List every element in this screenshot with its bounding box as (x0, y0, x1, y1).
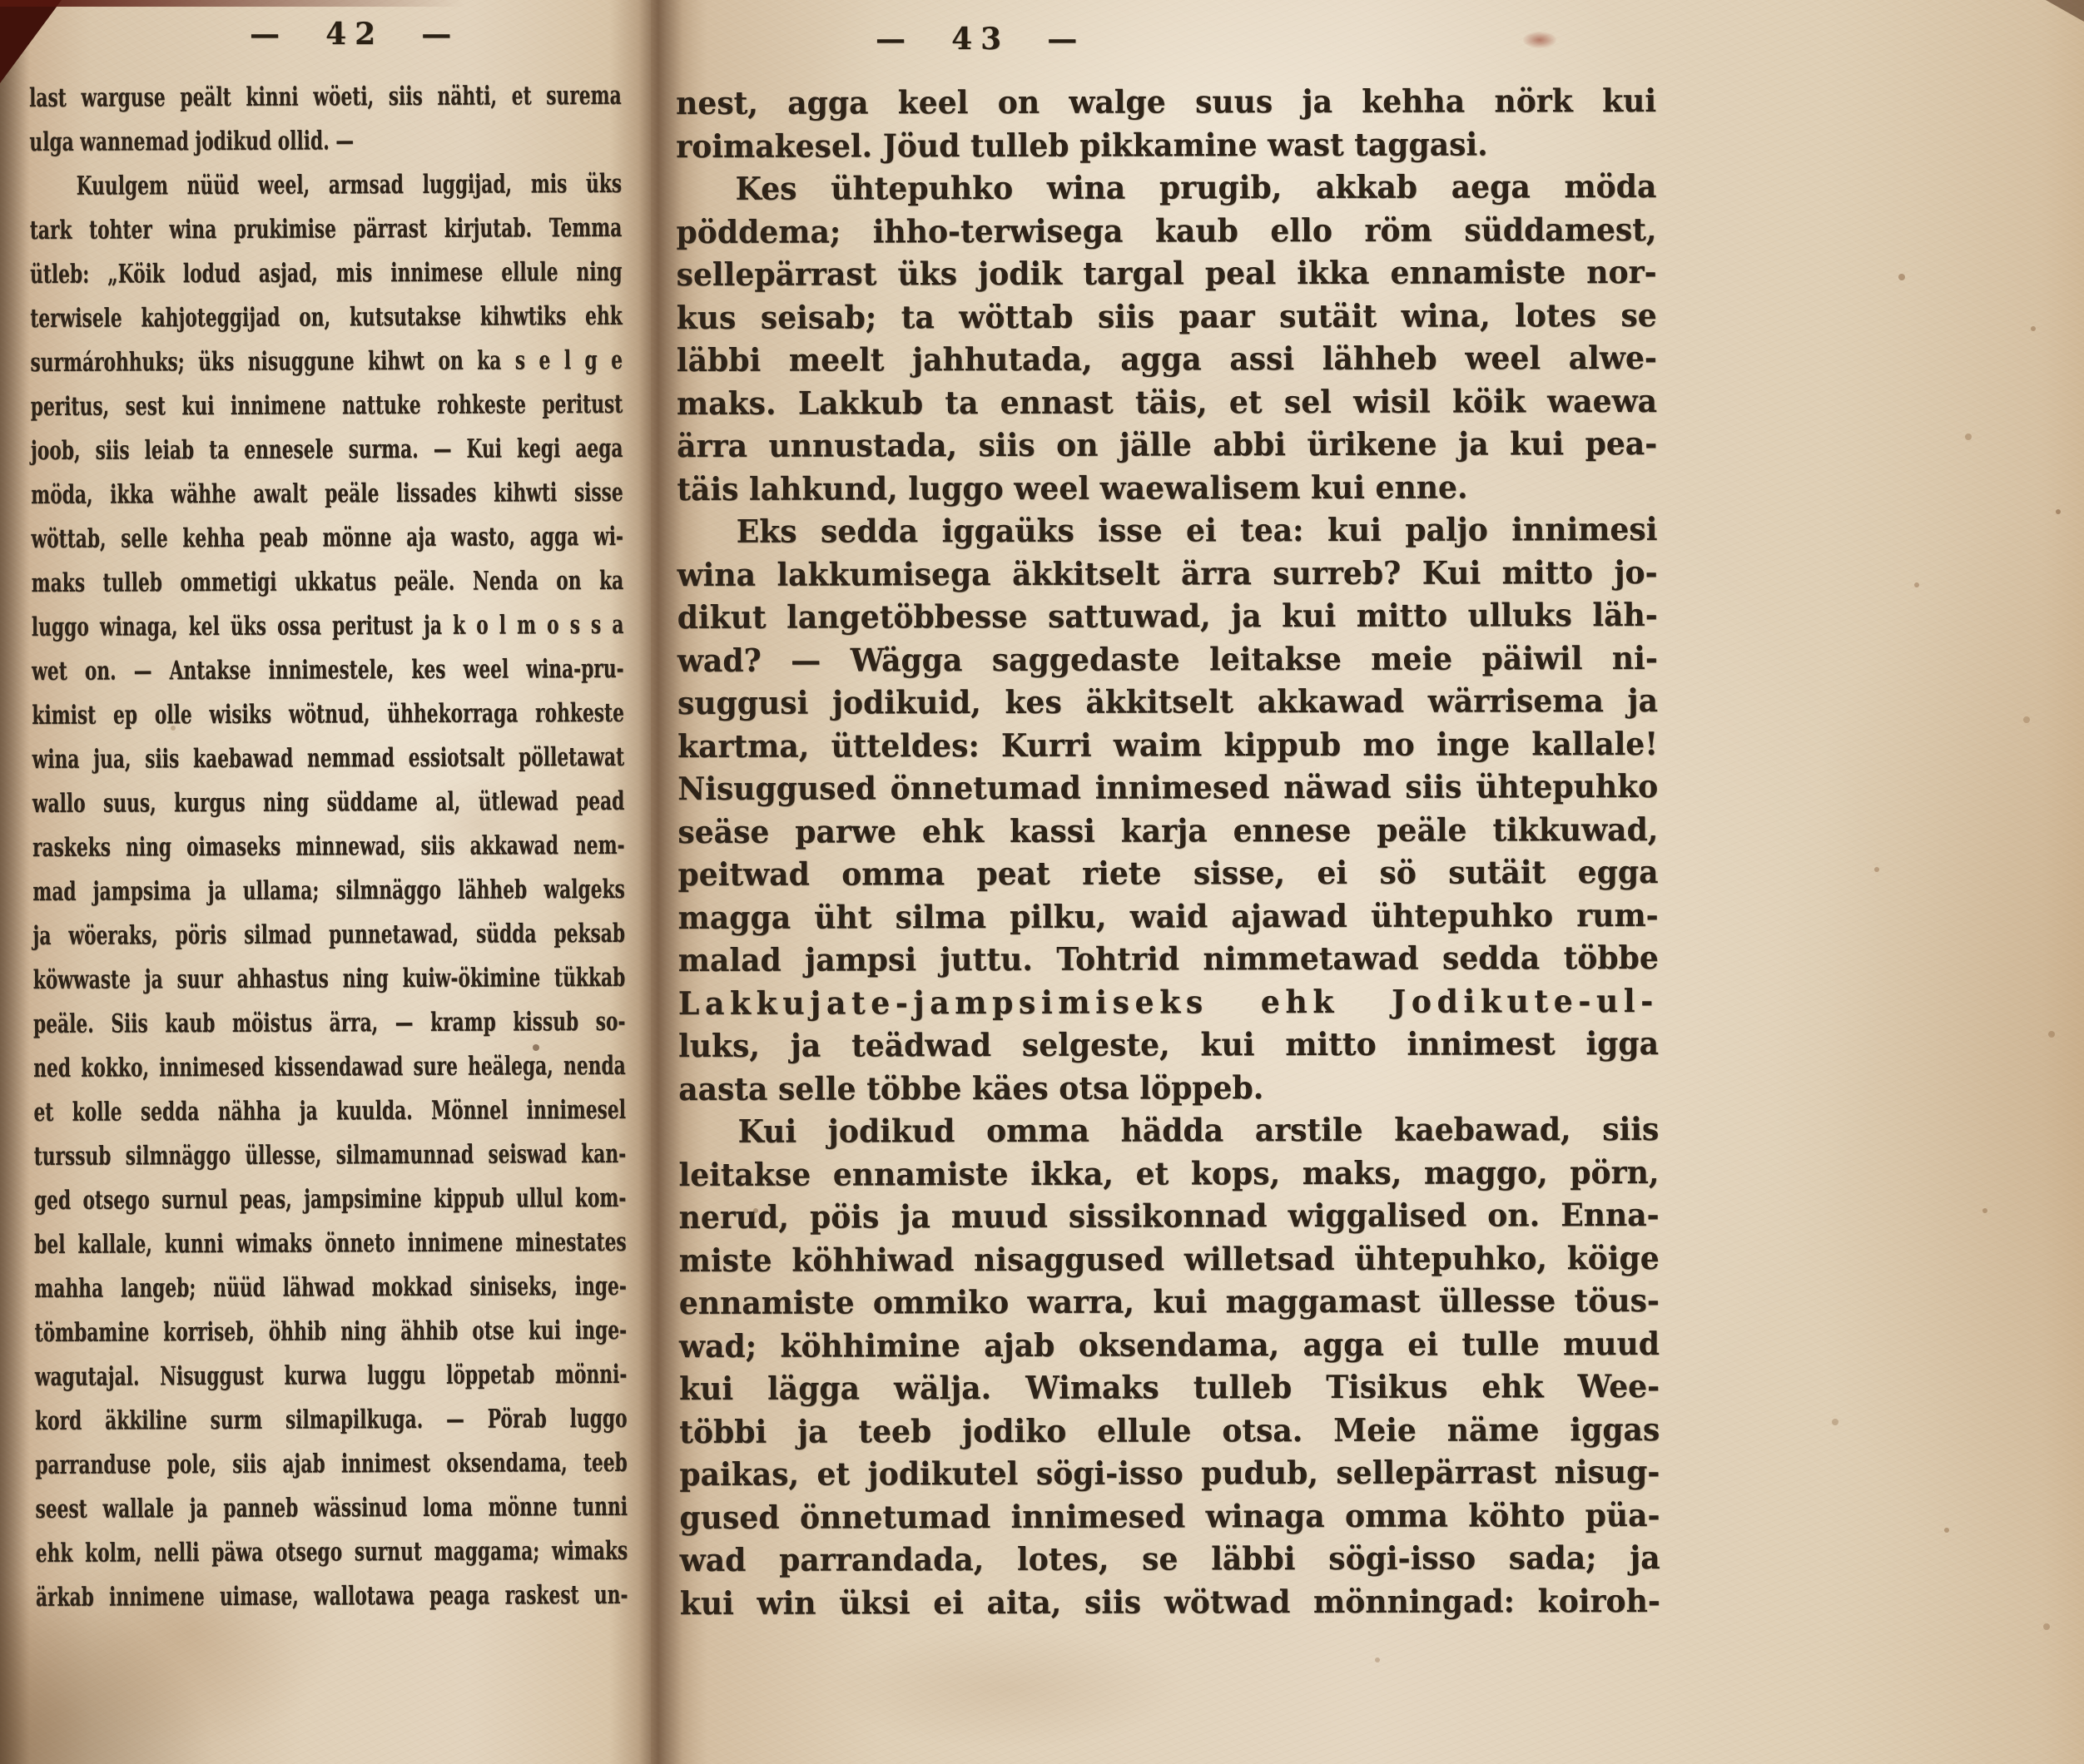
text-line: miste köhhiwad nisaggused willetsad ühte… (679, 1236, 1660, 1281)
book-scan: — 42 — — 43 — last warguse peält kinni w… (0, 0, 2084, 1764)
text-line: Lakkujate-jampsimiseks ehk Jodikute-ul- (678, 979, 1659, 1024)
text-line: wallo suus, kurgus ning süddame al, ütle… (32, 780, 625, 826)
text-line: möda, ikka wähhe awalt peäle lissades ki… (31, 471, 623, 518)
text-line: Nisuggused önnetumad innimesed näwad sii… (677, 765, 1658, 810)
text-line: magga üht silma pilku, waid ajawad ühtep… (678, 893, 1659, 939)
text-line: ulga wannemad jodikud ollid. — (29, 118, 622, 165)
text-line: wad? — Wägga saggedaste leitakse meie pä… (677, 636, 1658, 681)
text-line: joob, siis leiab ta ennesele surma. — Ku… (31, 427, 623, 473)
scan-edge-top (0, 0, 466, 7)
text-line: maks tulleb ommetigi ukkatus peäle. Nend… (32, 559, 624, 606)
text-line: pöddema; ihho-terwisega kaub ello röm sü… (676, 207, 1656, 253)
text-line: ned kokko, innimesed kissendawad sure he… (33, 1044, 626, 1091)
text-line: ehk kolm, nelli päwa otsego surnut magga… (36, 1529, 628, 1576)
text-line: peitwad omma peat riete sisse, ei sö sut… (677, 850, 1658, 896)
text-line: parranduse pole, siis ajab innimest okse… (35, 1441, 628, 1488)
text-line: ärra unnustada, siis on jälle abbi ürike… (677, 422, 1657, 468)
text-line: mahha langeb; nüüd lähwad mokkad sinisek… (34, 1265, 627, 1311)
text-line: ged otsego surnul peas, jampsimine kippu… (34, 1177, 627, 1223)
left-page-text: last warguse peält kinni wöeti, siis näh… (29, 74, 628, 1620)
text-line: tark tohter wina prukimise pärrast kirju… (30, 206, 623, 253)
text-line: Kuulgem nüüd weel, armsad luggijad, mis … (29, 162, 622, 209)
text-line: ärkab innimene uimase, wallotawa peaga r… (36, 1573, 628, 1620)
text-line: kus seisab; ta wöttab siis paar sutäit w… (677, 293, 1657, 339)
scan-edge-left (0, 0, 30, 1764)
text-line: wad parrandada, lotes, se läbbi sögi-iss… (680, 1536, 1660, 1582)
text-line: läbbi meelt jahhutada, agga assi lähheb … (677, 336, 1657, 382)
text-line: tömbamine korriseb, öhhib ning ähhib ots… (34, 1309, 627, 1355)
text-line: kui lägga wälja. Wimaks tulleb Tisikus e… (679, 1365, 1660, 1410)
text-line: last warguse peält kinni wöeti, siis näh… (29, 74, 622, 121)
right-page-text: nest, agga keel on walge suus ja kehha n… (676, 79, 1660, 1624)
text-line: ütleb: „Köik lodud asjad, mis innimese e… (30, 250, 623, 297)
text-line: kui win üksi ei aita, siis wötwad mönnin… (680, 1578, 1660, 1624)
text-line: täis lahkund, luggo weel waewalisem kui … (677, 464, 1657, 510)
text-line: gused önnetumad innimesed winaga omma kö… (679, 1493, 1660, 1539)
text-line: többi ja teeb jodiko ellule otsa. Meie n… (679, 1407, 1660, 1453)
text-line: et kolle sedda nähha ja kuulda. Mönnel i… (33, 1088, 626, 1135)
text-line: paikas, et jodikutel sögi-isso pudub, se… (679, 1450, 1660, 1496)
text-line: seäse parwe ehk kassi karja ennese peäle… (677, 807, 1658, 853)
text-line: seest wallale ja panneb wässinud loma mö… (35, 1485, 628, 1532)
text-line: Eks sedda iggaüks isse ei tea: kui paljo… (677, 508, 1657, 553)
text-line: wad; köhhimine ajab oksendama, agga ei t… (679, 1321, 1660, 1367)
text-line: kord äkkiline surm silmapilkuga. — Pörab… (35, 1397, 628, 1444)
text-line: Kui jodikud omma hädda arstile kaebawad,… (678, 1107, 1659, 1153)
page-number-right: — 43 — (876, 22, 1085, 57)
text-line: bel kallale, kunni wimaks önneto innimen… (34, 1221, 627, 1267)
text-line: peäle. Siis kaub möistus ärra, — kramp k… (33, 1000, 626, 1047)
text-line: luggo winaga, kel üks ossa peritust ja k… (32, 603, 624, 650)
text-line: wina jua, siis kaebawad nemmad essiotsal… (32, 736, 624, 782)
text-line: malad jampsi juttu. Tohtrid nimmetawad s… (678, 936, 1659, 982)
text-line: suggusi jodikuid, kes äkkitselt akkawad … (677, 679, 1658, 725)
paper-specks (0, 0, 5, 5)
page-number-left: — 42 — (250, 17, 459, 52)
text-line: aasta selle többe käes otsa löppeb. (678, 1064, 1659, 1110)
text-line: ennamiste ommiko warra, kui maggamast ül… (679, 1279, 1660, 1325)
text-line: leitakse ennamiste ikka, et kops, maks, … (678, 1150, 1659, 1196)
text-line: kartma, ütteldes: Kurri waim kippub mo i… (677, 721, 1658, 767)
text-line: luks, ja teädwad selgeste, kui mitto inn… (678, 1022, 1659, 1068)
text-line: peritus, sest kui innimene nattuke rohke… (31, 383, 623, 429)
text-line: wina lakkumisega äkkitselt ärra surreb? … (677, 550, 1657, 596)
text-line: wöttab, selle kehha peab mönne aja wasto… (31, 515, 623, 562)
text-line: turssub silmnäggo üllesse, silmamunnad s… (34, 1132, 627, 1179)
text-line: kimist ep olle wisiks wötnud, ühhekorrag… (32, 691, 624, 738)
text-line: mad jampsima ja ullama; silmnäggo lähheb… (32, 868, 625, 914)
text-line: wagutajal. Nisuggust kurwa luggu löppeta… (35, 1353, 628, 1400)
text-line: nest, agga keel on walge suus ja kehha n… (676, 79, 1656, 125)
text-line: maks. Lakkub ta ennast täis, et sel wisi… (677, 379, 1657, 424)
text-line: köwwaste ja suur ahhastus ning kuiw-ökim… (33, 956, 626, 1003)
text-line: dikut langetöbbesse sattuwad, ja kui mit… (677, 593, 1658, 639)
text-line: surmárohhuks; üks nisuggune kihwt on ka … (30, 339, 623, 385)
text-line: wet on. — Antakse innimestele, kes weel … (32, 647, 624, 694)
text-line: sellepärrast üks jodik targal peal ikka … (677, 250, 1657, 296)
text-line: roimakesel. Jöud tulleb pikkamine wast t… (676, 121, 1656, 167)
text-line: raskeks ning oimaseks minnewad, siis akk… (32, 824, 625, 870)
text-line: ja wöeraks, pöris silmad punnetawad, süd… (32, 912, 625, 959)
text-line: nerud, pöis ja muud sissikonnad wiggalis… (679, 1193, 1660, 1239)
text-line: terwisele kahjoteggijad on, kutsutakse k… (30, 295, 623, 341)
text-line: Kes ühtepuhko wina prugib, akkab aega mö… (676, 165, 1656, 211)
